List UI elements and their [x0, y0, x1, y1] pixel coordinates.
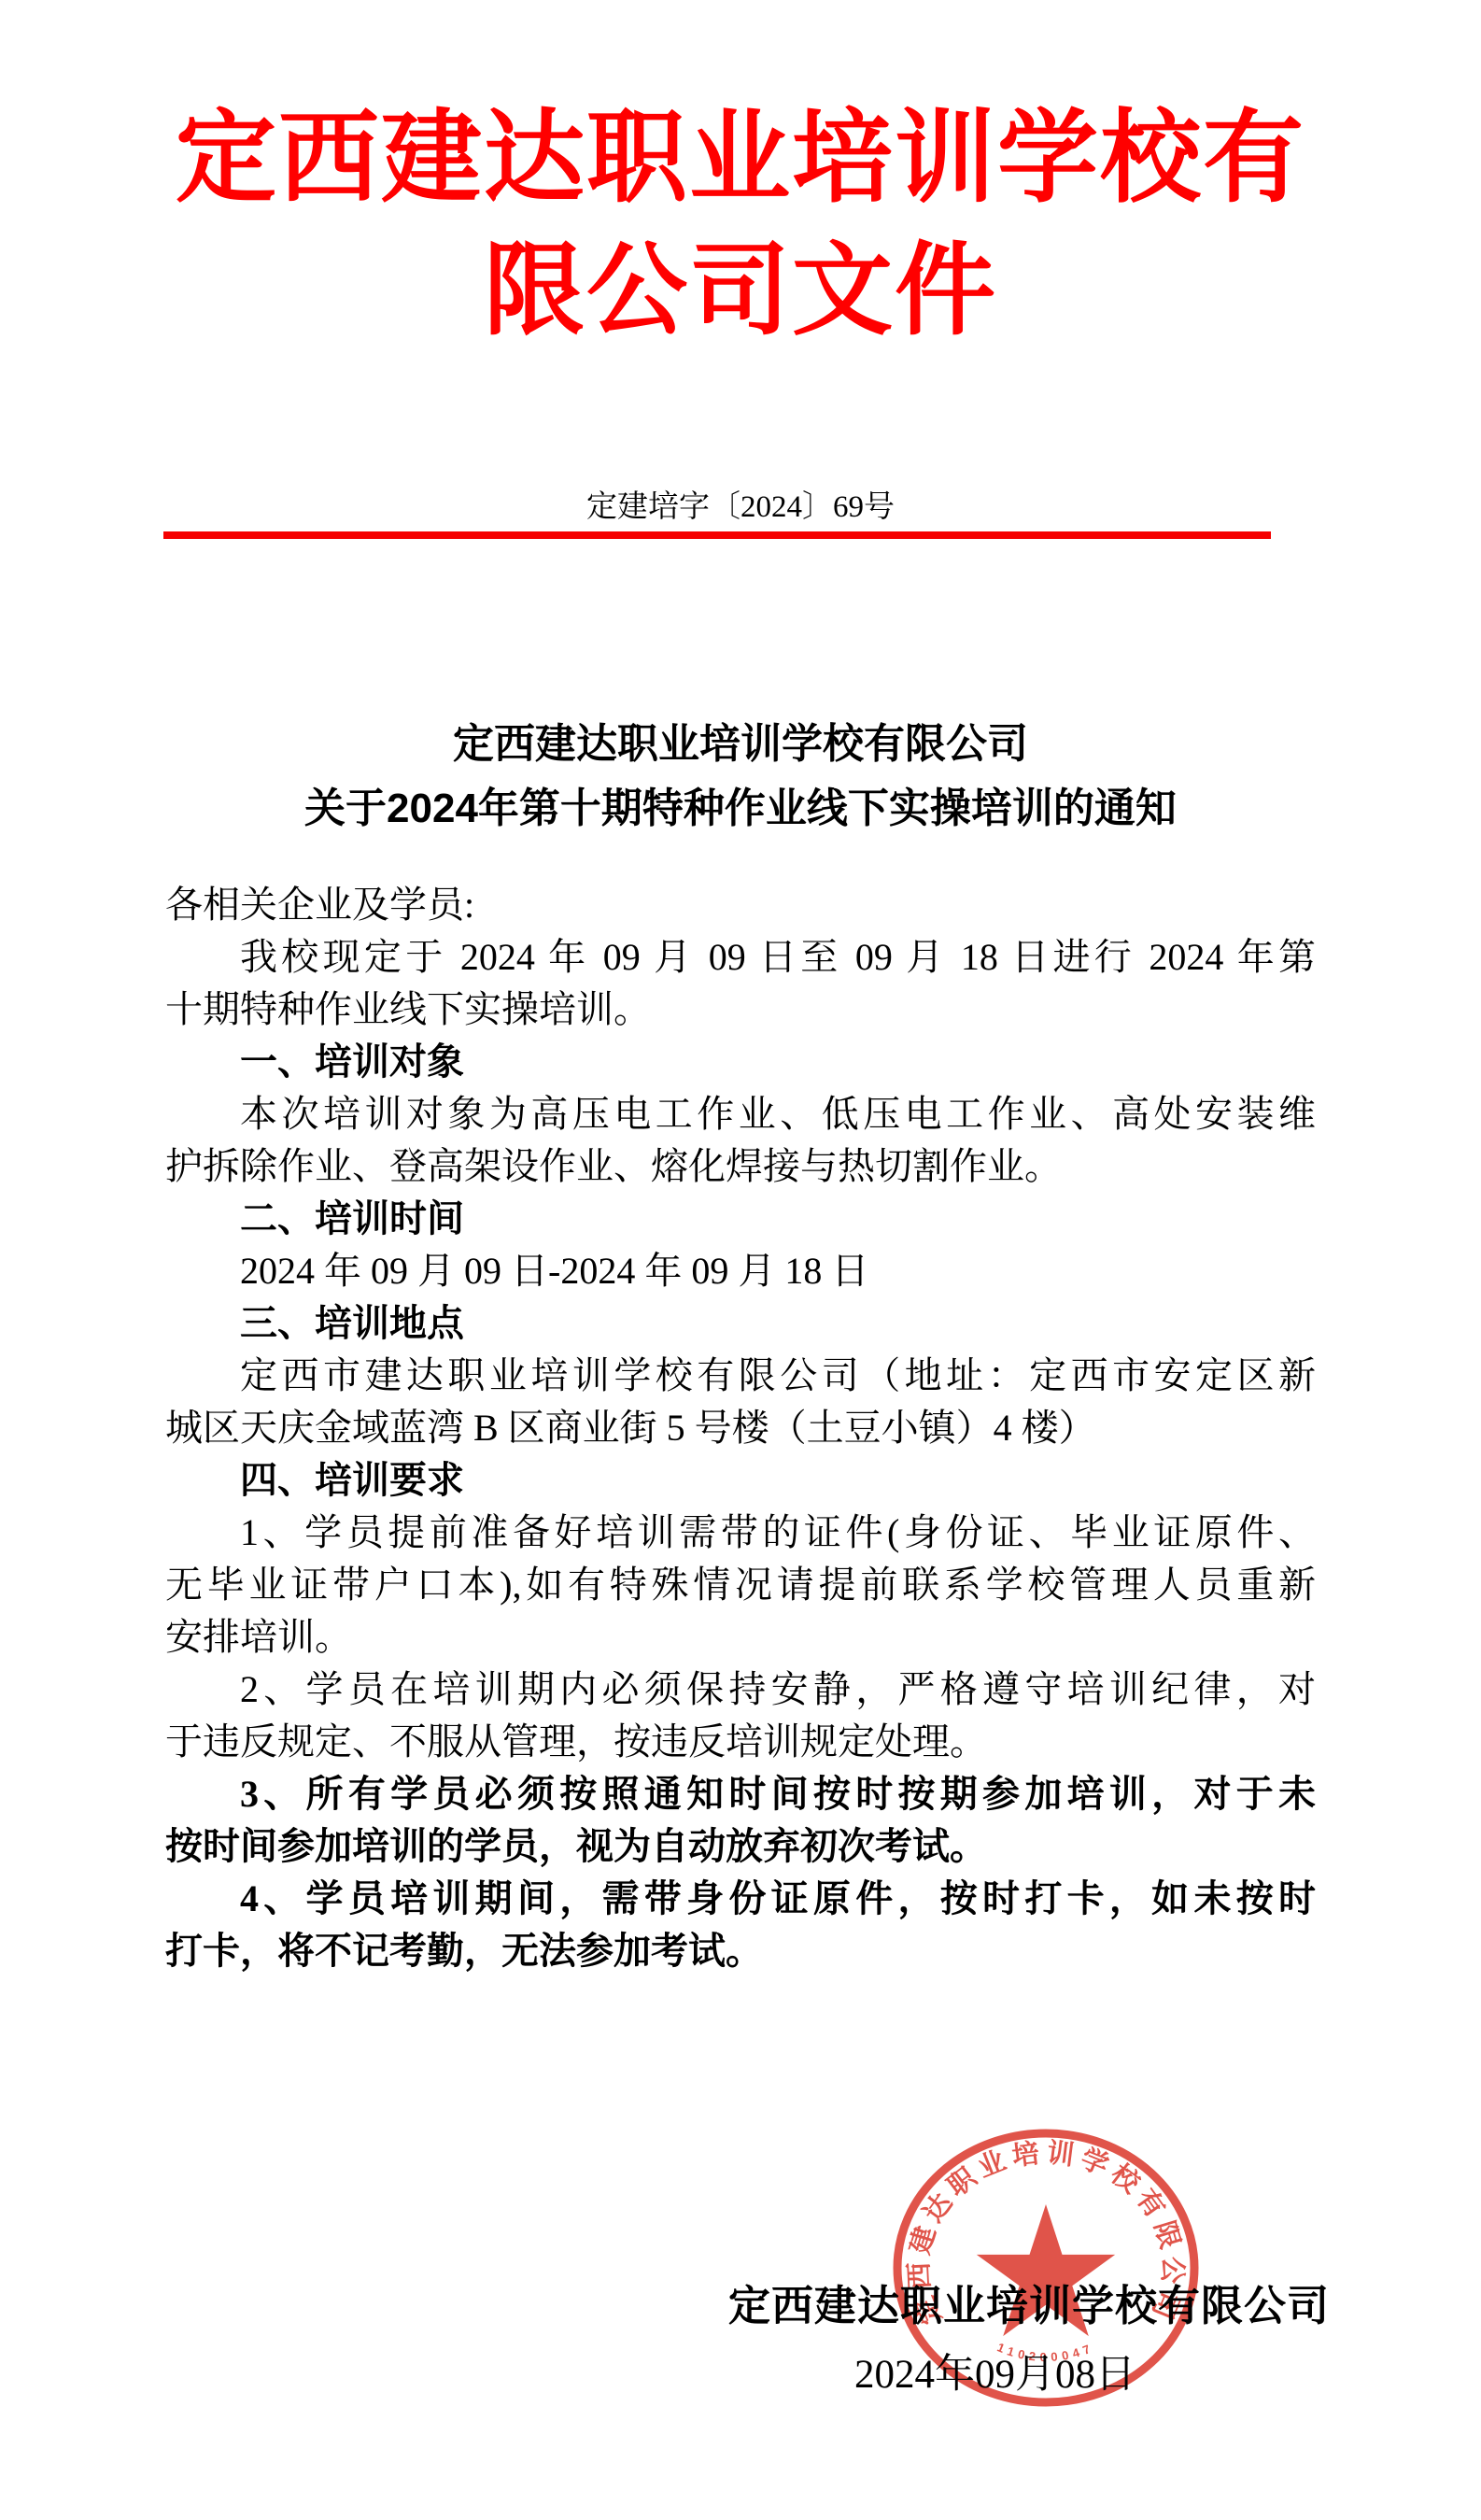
notice-title-line-2: 关于2024年第十期特种作业线下实操培训的通知 — [0, 776, 1481, 841]
body-line: 按时间参加培训的学员，视为自动放弃初次考试。 — [165, 1820, 1316, 1873]
body-line: 于违反规定、不服从管理，按违反培训规定处理。 — [165, 1716, 1316, 1768]
section-heading: 四、培训要求 — [165, 1454, 1316, 1507]
red-divider-line — [163, 531, 1271, 539]
seal-code-digits: 110200047 — [995, 2340, 1096, 2364]
body-line: 4、学员培训期间，需带身份证原件，按时打卡，如未按时 — [165, 1873, 1316, 1925]
notice-title: 定西建达职业培训学校有限公司 关于2024年第十期特种作业线下实操培训的通知 — [0, 712, 1481, 841]
org-title-line-1: 定西建达职业培训学校有 — [0, 93, 1481, 226]
document-body: 各相关企业及学员:我校现定于 2024 年 09 月 09 日至 09 月 18… — [165, 879, 1316, 1977]
section-heading: 二、培训时间 — [165, 1193, 1316, 1245]
body-line: 2、学员在培训期内必须保持安静，严格遵守培训纪律，对 — [165, 1663, 1316, 1716]
body-line: 护拆除作业、登高架设作业、熔化焊接与热切割作业。 — [165, 1140, 1316, 1193]
star-icon — [977, 2204, 1115, 2336]
svg-text:110200047: 110200047 — [995, 2340, 1096, 2364]
body-line: 城区天庆金域蓝湾 B 区商业街 5 号楼（土豆小镇）4 楼） — [165, 1402, 1316, 1454]
doc-number: 定建培字〔2024〕69号 — [0, 482, 1481, 526]
body-line: 无毕业证带户口本),如有特殊情况请提前联系学校管理人员重新 — [165, 1559, 1316, 1611]
body-line: 打卡，将不记考勤，无法参加考试。 — [165, 1925, 1316, 1977]
body-line: 十期特种作业线下实操培训。 — [165, 984, 1316, 1036]
document-page: 定西建达职业培训学校有 限公司文件 定建培字〔2024〕69号 定西建达职业培训… — [0, 0, 1481, 2520]
org-letterhead-title: 定西建达职业培训学校有 限公司文件 — [0, 93, 1481, 359]
section-heading: 一、培训对象 — [165, 1036, 1316, 1088]
body-line: 定西市建达职业培训学校有限公司（地址：定西市安定区新 — [165, 1350, 1316, 1402]
body-line: 各相关企业及学员: — [165, 879, 1316, 931]
body-line: 1、学员提前准备好培训需带的证件(身份证、毕业证原件、 — [165, 1507, 1316, 1559]
notice-title-line-1: 定西建达职业培训学校有限公司 — [0, 712, 1481, 776]
body-line: 3、所有学员必须按照通知时间按时按期参加培训，对于未 — [165, 1768, 1316, 1820]
body-line: 我校现定于 2024 年 09 月 09 日至 09 月 18 日进行 2024… — [165, 931, 1316, 984]
body-line: 本次培训对象为高压电工作业、低压电工作业、高处安装维 — [165, 1088, 1316, 1140]
body-line: 安排培训。 — [165, 1611, 1316, 1663]
company-seal-stamp: 定西建达职业培训学校有限公司 110200047 — [887, 2126, 1205, 2415]
body-line: 2024 年 09 月 09 日-2024 年 09 月 18 日 — [165, 1245, 1316, 1297]
section-heading: 三、培训地点 — [165, 1297, 1316, 1350]
org-title-line-2: 限公司文件 — [0, 226, 1481, 359]
